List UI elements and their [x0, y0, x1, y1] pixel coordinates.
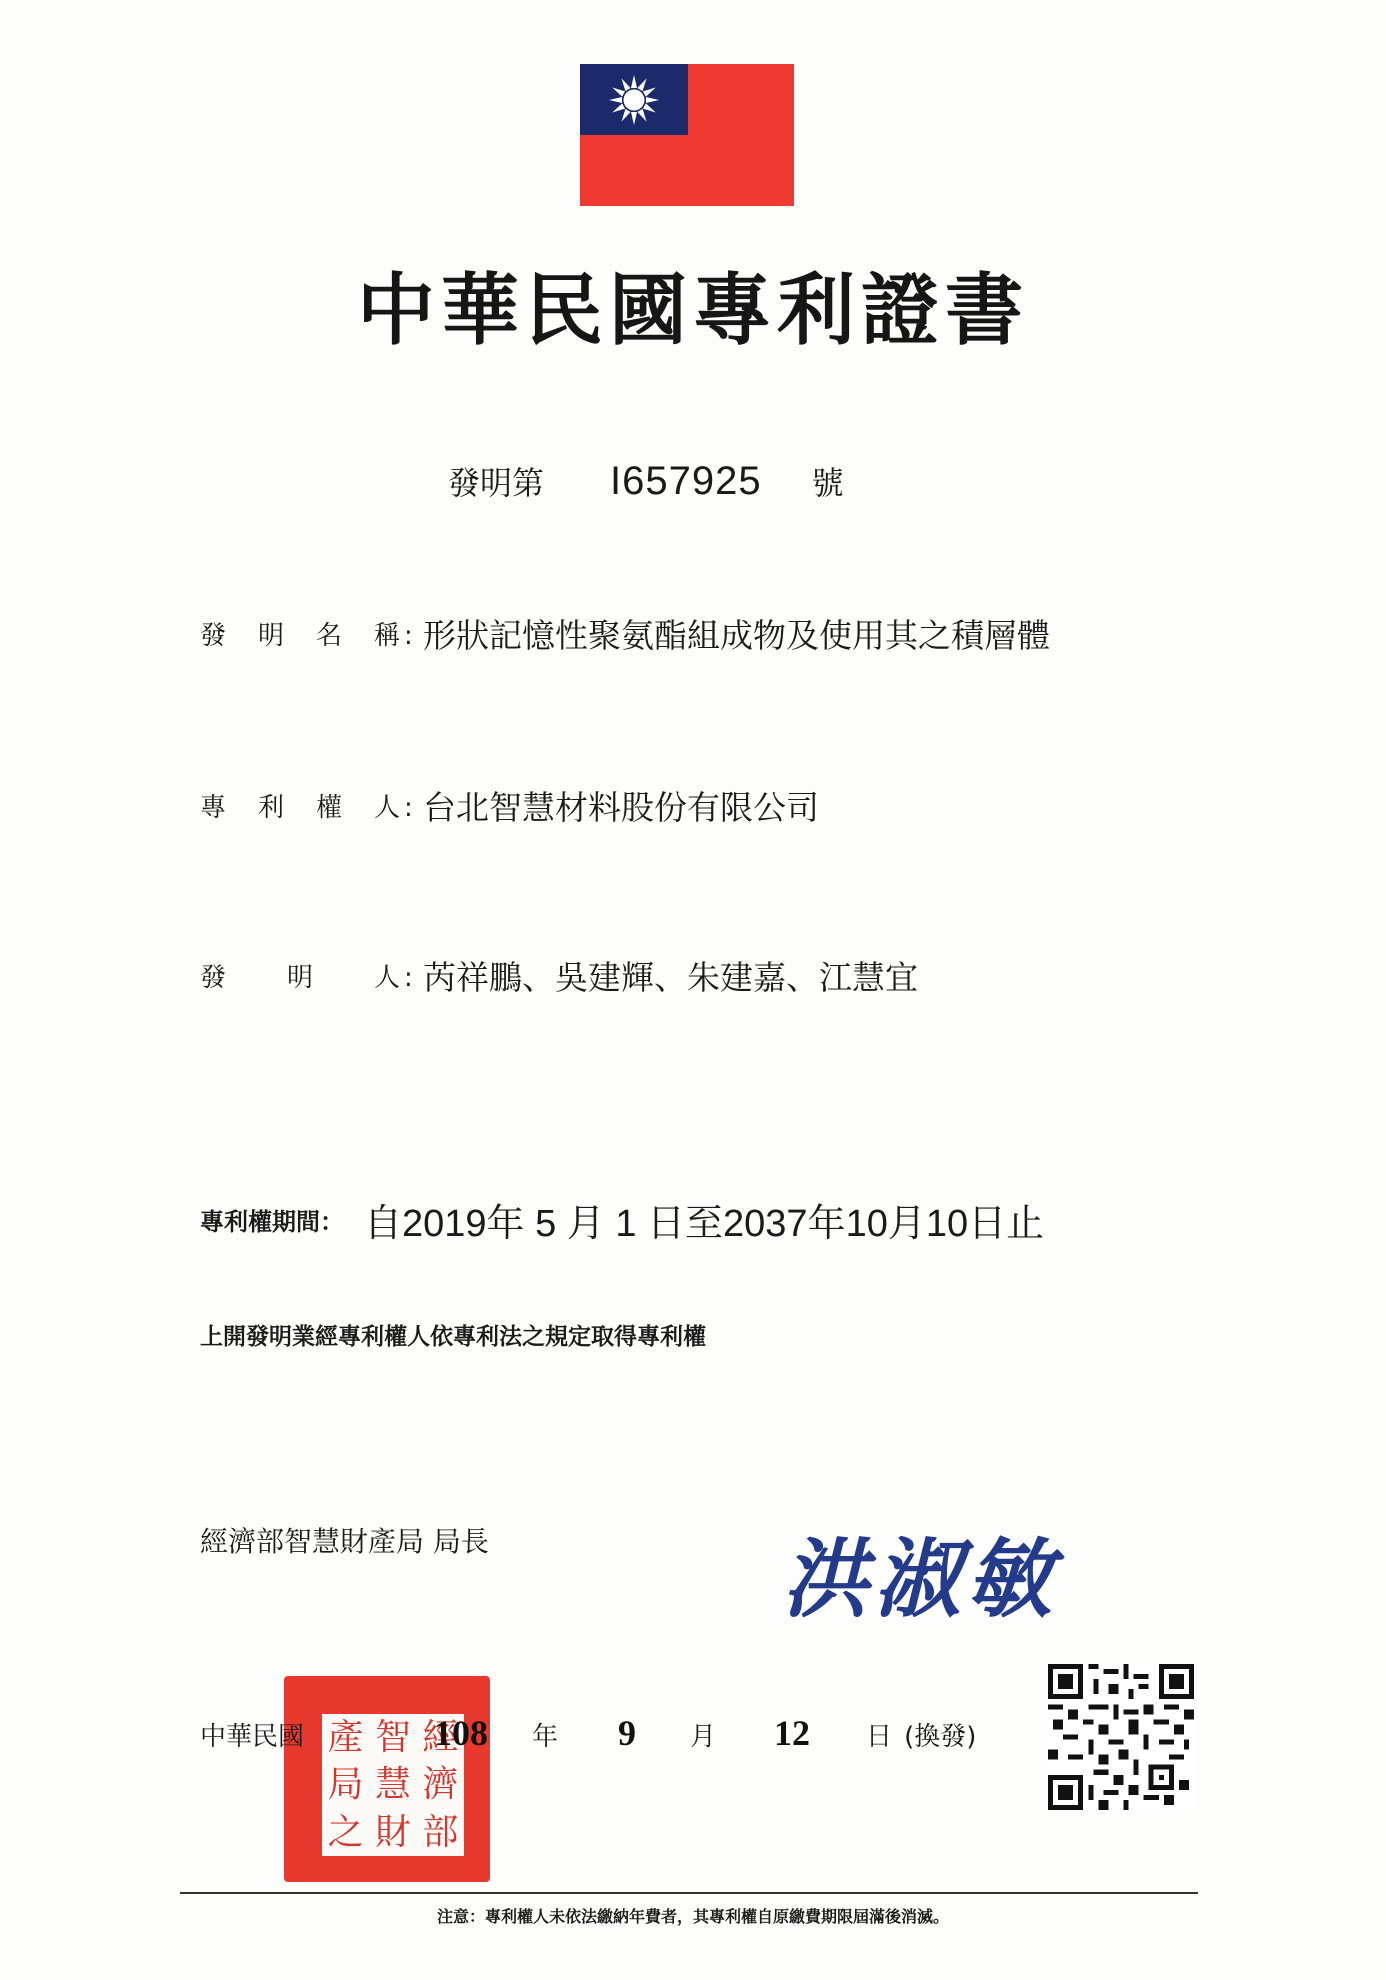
footer-notice: 注意：專利權人未依法繳納年費者，其專利權自原繳費期限屆滿後消滅。 [0, 1904, 1386, 1927]
patent-term-value: 自2019年 5 月 1 日至2037年10月10日止 [364, 1203, 1044, 1245]
patent-term-row: 專利權期間：自2019年 5 月 1 日至2037年10月10日止 [200, 1192, 1044, 1247]
qr-code-icon [1048, 1664, 1194, 1810]
grant-statement: 上開發明業經專利權人依專利法之規定取得專利權 [200, 1318, 706, 1351]
inventors-row: 發明人: 芮祥鵬、吳建輝、朱建嘉、江慧宜 [200, 952, 918, 999]
era-label: 中華民國 [200, 1722, 304, 1752]
inventors-value: 芮祥鵬、吳建輝、朱建嘉、江慧宜 [423, 958, 918, 997]
issue-day: 12 [774, 1713, 810, 1753]
patent-number-line: 發明第I657925號 [448, 458, 844, 504]
invention-title-row: 發明名稱: 形狀記憶性聚氨酯組成物及使用其之積層體 [200, 610, 1050, 657]
footer-divider [180, 1892, 1198, 1894]
issue-date-line: 中華民國108年9月12日(換發) [200, 1712, 976, 1754]
patent-number-prefix: 發明第 [448, 464, 544, 502]
invention-title-label: 發明名稱: [200, 615, 413, 652]
patentee-label: 專利權人: [200, 787, 413, 824]
patentee-value: 台北智慧材料股份有限公司 [423, 788, 819, 827]
official-seal: 產智經 局慧濟 之財部 [284, 1676, 490, 1882]
issue-month: 9 [618, 1713, 636, 1753]
patentee-row: 專利權人: 台北智慧材料股份有限公司 [200, 782, 819, 829]
patent-number: I657925 [610, 459, 762, 503]
patent-term-label: 專利權期間： [200, 1208, 344, 1236]
certificate-title: 中華民國專利證書 [0, 248, 1386, 360]
invention-title-value: 形狀記憶性聚氨酯組成物及使用其之積層體 [423, 616, 1050, 655]
patent-number-suffix: 號 [812, 464, 844, 502]
issue-year: 108 [434, 1713, 488, 1753]
issuing-office: 經濟部智慧財產局 局長 [200, 1520, 489, 1560]
inventors-label: 發明人: [200, 957, 413, 994]
director-signature: 洪淑敏 [782, 1510, 1058, 1634]
reissue-note: (換發) [904, 1722, 976, 1752]
white-sun-icon [608, 74, 660, 126]
roc-flag-icon [580, 64, 794, 206]
